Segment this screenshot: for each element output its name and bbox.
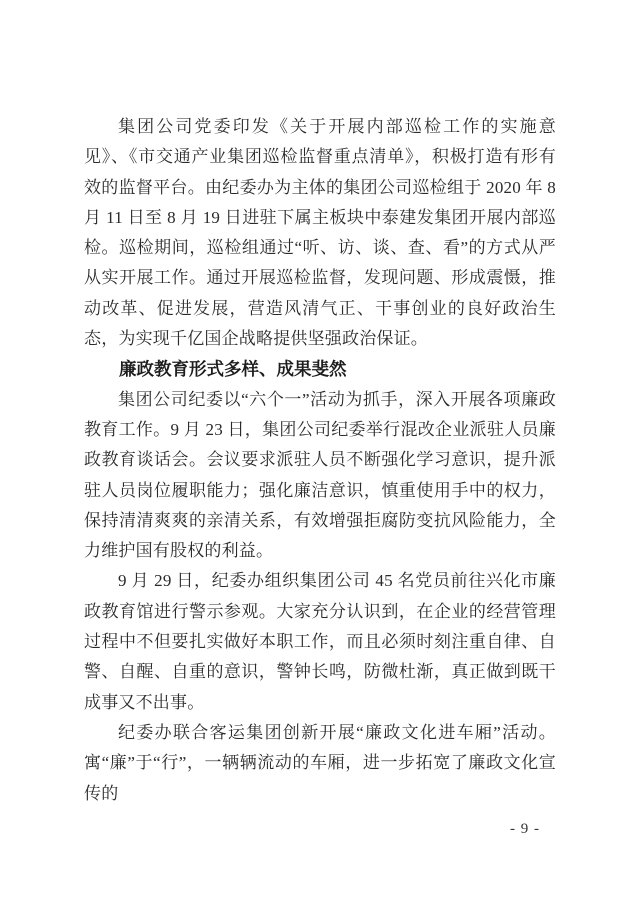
- paragraph-inspection-work: 集团公司党委印发《关于开展内部巡检工作的实施意见》、《市交通产业集团巡检监督重点…: [84, 112, 556, 354]
- paragraph-warning-visit: 9 月 29 日，纪委办组织集团公司 45 名党员前往兴化市廉政教育馆进行警示参…: [84, 566, 556, 717]
- paragraph-culture-in-carriage: 纪委办联合客运集团创新开展“廉政文化进车厢”活动。寓“廉”于“行”，一辆辆流动的…: [84, 718, 556, 809]
- section-heading-integrity-education: 廉政教育形式多样、成果斐然: [84, 354, 556, 384]
- paragraph-education-talks: 集团公司纪委以“六个一”活动为抓手，深入开展各项廉政教育工作。9 月 23 日，…: [84, 385, 556, 567]
- page-number: - 9 -: [510, 821, 540, 838]
- document-page: 集团公司党委印发《关于开展内部巡检工作的实施意见》、《市交通产业集团巡检监督重点…: [0, 0, 636, 900]
- document-body: 集团公司党委印发《关于开展内部巡检工作的实施意见》、《市交通产业集团巡检监督重点…: [84, 112, 556, 809]
